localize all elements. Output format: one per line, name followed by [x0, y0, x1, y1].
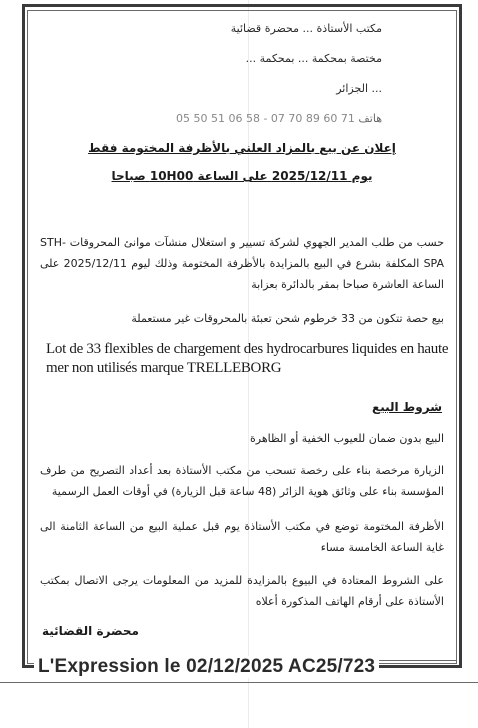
- publication-footer: L'Expression le 02/12/2025 AC25/723: [34, 656, 379, 678]
- frame-bottom-right: [372, 665, 462, 668]
- header-phone-line: هاتف 05 50 51 06 58 - 07 70 89 60 71: [176, 112, 382, 125]
- frame-bottom-inner-right: [372, 660, 457, 661]
- lot-description-french: Lot de 33 flexibles de chargement des hy…: [46, 340, 456, 378]
- announcement-title: إعلان عن بيع بالمزاد العلني بالأظرفة الم…: [32, 141, 452, 155]
- lot-description-arabic: بيع حصة تتكون من 33 خرطوم شحن تعبئة بالم…: [40, 308, 444, 329]
- header-office-line: مكتب الأستاذة ... محضرة قضائية: [231, 22, 382, 35]
- condition-item: الأظرفة المختومة توضع في مكتب الأستاذة ي…: [40, 516, 444, 558]
- announcement-date: يوم 2025/12/11 على الساعة 10H00 صباحا: [32, 169, 452, 183]
- conditions-heading: شروط البيع: [372, 400, 442, 414]
- signature: محضرة القضائية: [42, 624, 139, 638]
- announcement-frame-inner: [27, 10, 457, 664]
- phone-numbers: 05 50 51 06 58 - 07 70 89 60 71: [176, 112, 355, 125]
- header-address-line: ... الجزائر: [336, 82, 382, 95]
- condition-item: البيع بدون ضمان للعيوب الخفية أو الظاهرة: [40, 428, 444, 449]
- condition-item: على الشروط المعتادة في البيوع بالمزايدة …: [40, 570, 444, 612]
- header-court-line: مختصة بمحكمة ... بمحكمة ...: [246, 52, 382, 65]
- phone-label: هاتف: [358, 112, 382, 125]
- page-rule: [0, 682, 478, 683]
- condition-item: الزيارة مرخصة بناء على رخصة تسحب من مكتب…: [40, 460, 444, 502]
- intro-paragraph: حسب من طلب المدير الجهوي لشركة تسيير و ا…: [40, 232, 444, 295]
